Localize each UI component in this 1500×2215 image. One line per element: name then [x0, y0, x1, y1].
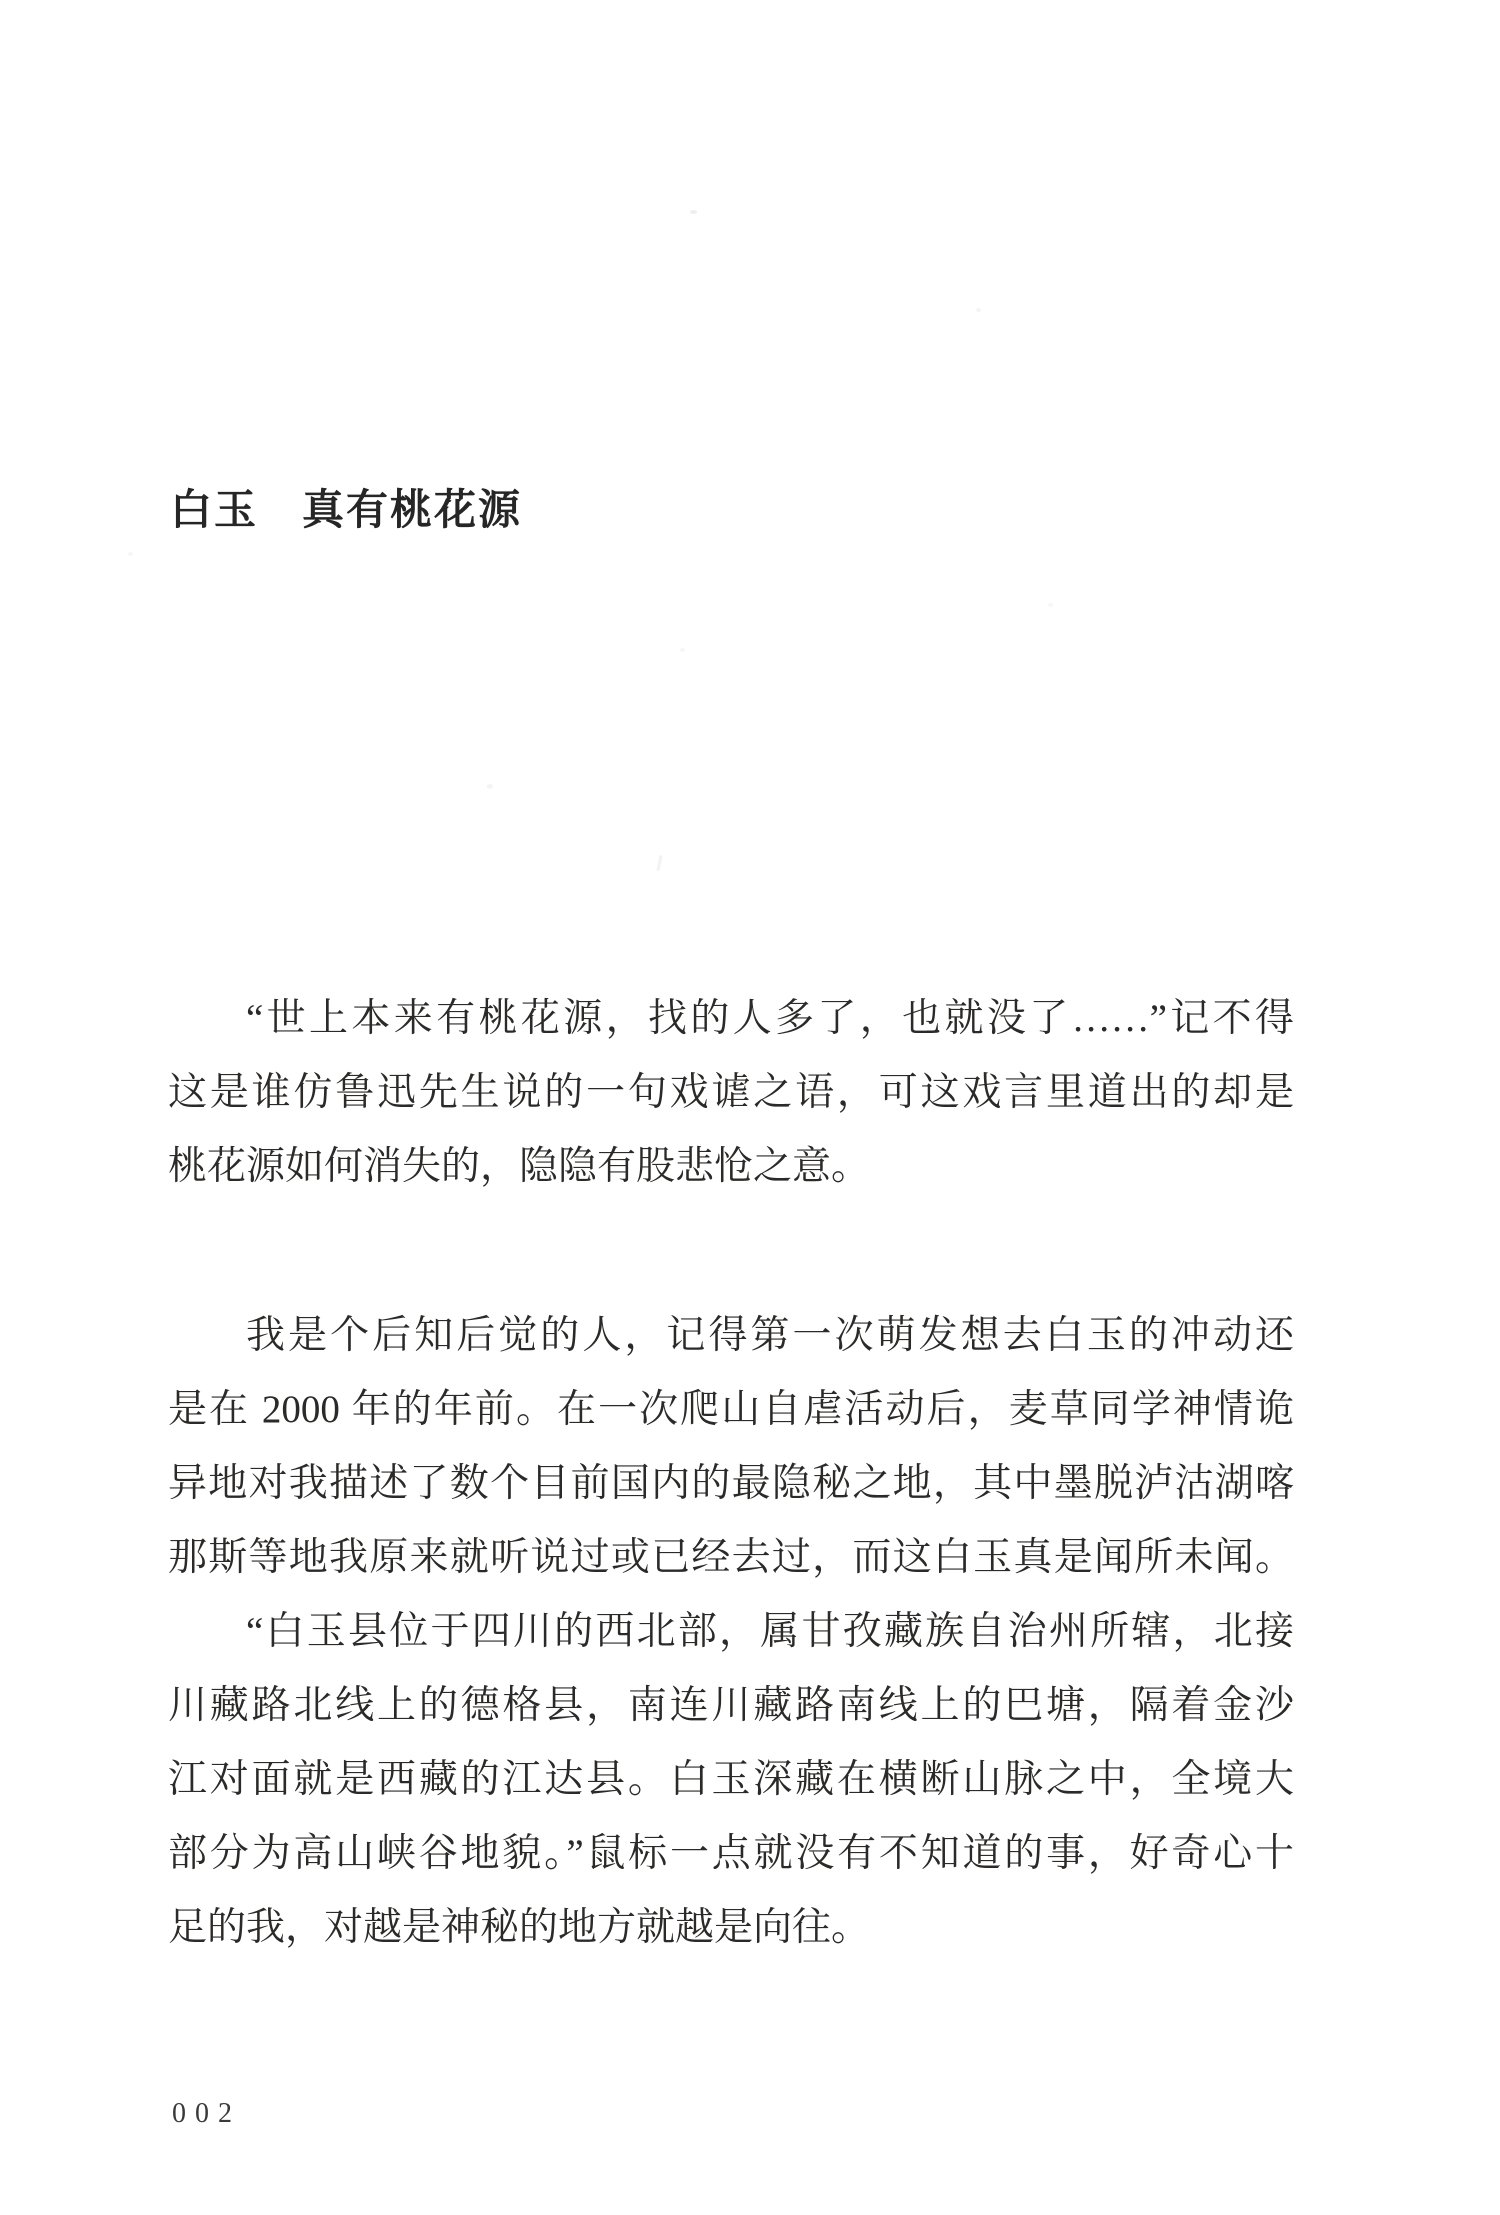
- paragraph-1: “世上本来有桃花源，找的人多了，也就没了……”记不得 这是谁仿鲁迅先生说的一句戏…: [168, 982, 1294, 1204]
- scan-artifact: [487, 784, 493, 789]
- paragraph-3: “白玉县位于四川的西北部，属甘孜藏族自治州所辖，北接 川藏路北线上的德格县，南连…: [168, 1595, 1294, 1965]
- scan-artifact: [1048, 603, 1053, 607]
- book-page: 白玉 真有桃花源 “世上本来有桃花源，找的人多了，也就没了……”记不得 这是谁仿…: [0, 0, 1500, 2215]
- body-text: “世上本来有桃花源，找的人多了，也就没了……”记不得 这是谁仿鲁迅先生说的一句戏…: [168, 982, 1294, 1965]
- text-line: 江对面就是西藏的江达县。白玉深藏在横断山脉之中，全境大: [168, 1743, 1294, 1817]
- text-line: 桃花源如何消失的，隐隐有股悲怆之意。: [168, 1130, 1294, 1204]
- scan-artifact: [690, 210, 697, 214]
- scan-artifact: [680, 648, 685, 652]
- text-line: 异地对我描述了数个目前国内的最隐秘之地，其中墨脱泸沽湖喀: [168, 1447, 1294, 1521]
- text-line: 这是谁仿鲁迅先生说的一句戏谑之语，可这戏言里道出的却是: [168, 1056, 1294, 1130]
- text-line: 我是个后知后觉的人，记得第一次萌发想去白玉的冲动还: [168, 1299, 1294, 1373]
- text-line: 足的我，对越是神秘的地方就越是向往。: [168, 1891, 1294, 1965]
- chapter-title: 白玉 真有桃花源: [170, 477, 522, 537]
- text-line: 那斯等地我原来就听说过或已经去过，而这白玉真是闻所未闻。: [168, 1521, 1294, 1595]
- text-line: 川藏路北线上的德格县，南连川藏路南线上的巴塘，隔着金沙: [168, 1669, 1294, 1743]
- scan-artifact: [976, 308, 981, 312]
- page-number: 002: [172, 2098, 241, 2130]
- text-line: “世上本来有桃花源，找的人多了，也就没了……”记不得: [168, 982, 1294, 1056]
- paragraph-2: 我是个后知后觉的人，记得第一次萌发想去白玉的冲动还 是在 2000 年的年前。在…: [168, 1299, 1294, 1595]
- text-line: “白玉县位于四川的西北部，属甘孜藏族自治州所辖，北接: [168, 1595, 1294, 1669]
- scan-artifact: [128, 552, 133, 556]
- scan-artifact: [656, 855, 662, 871]
- text-line: 是在 2000 年的年前。在一次爬山自虐活动后，麦草同学神情诡: [168, 1373, 1294, 1447]
- text-line: 部分为高山峡谷地貌。”鼠标一点就没有不知道的事，好奇心十: [168, 1817, 1294, 1891]
